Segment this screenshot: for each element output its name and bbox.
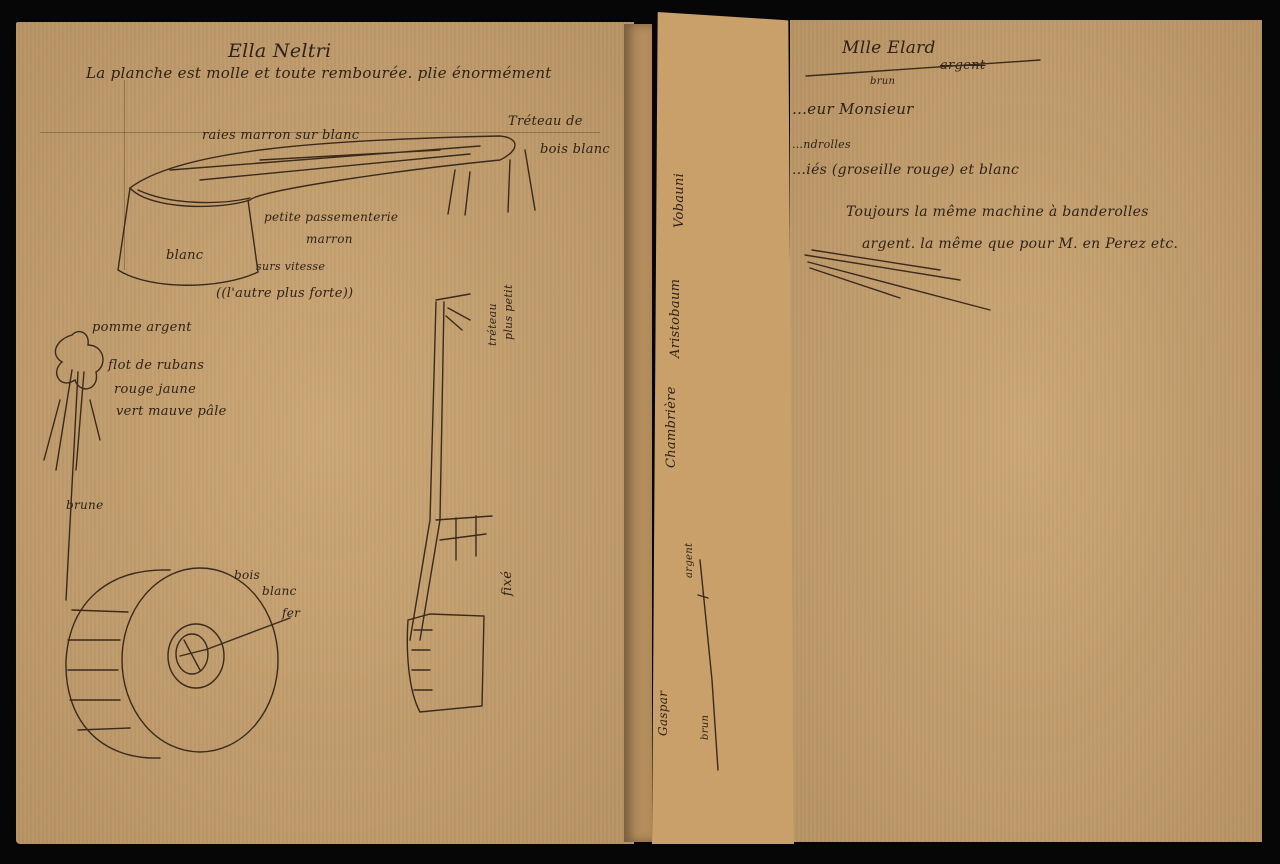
wheel-sketch-icon <box>66 568 290 758</box>
bench-sketch-icon <box>118 136 535 285</box>
trestle-side-sketch-icon <box>407 294 492 712</box>
ribbon-strokes-sketch-icon <box>805 60 1040 310</box>
whip-sketch-icon <box>698 560 718 770</box>
ribbon-bouquet-sketch-icon <box>44 332 103 600</box>
sketch-layer <box>0 0 1280 864</box>
